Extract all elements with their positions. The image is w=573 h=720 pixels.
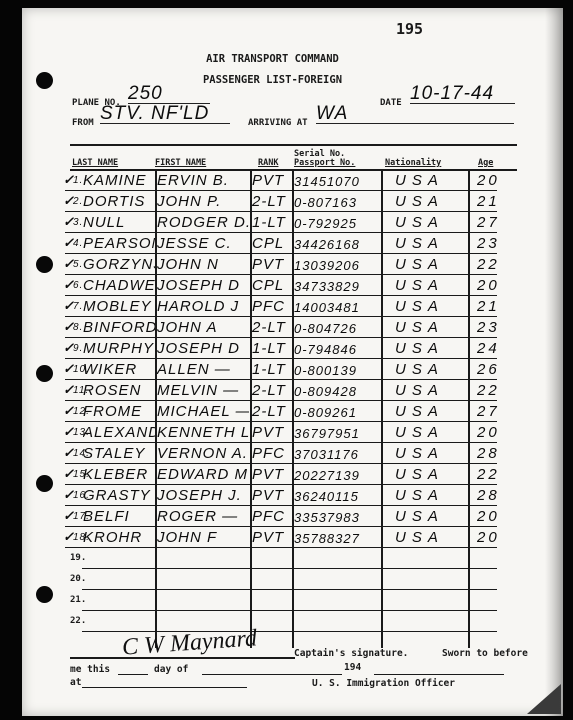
serial-no-cell: 37031176 <box>294 447 382 462</box>
month-line <box>202 674 342 675</box>
rank-cell: PVT <box>252 529 292 546</box>
nationality-cell: USA <box>395 340 465 357</box>
table-row: 21. <box>82 592 497 611</box>
first-name-cell: ALLEN — <box>157 361 249 378</box>
nationality-cell: USA <box>395 466 465 483</box>
row-number: 2. <box>73 196 83 207</box>
age-cell: 20 <box>477 508 507 525</box>
last-name-cell: STALEY <box>83 445 155 462</box>
passport-no-header: Passport No. <box>294 158 355 168</box>
age-cell: 28 <box>477 487 507 504</box>
age-cell: 23 <box>477 319 507 336</box>
last-name-cell: DORTIS <box>83 193 155 210</box>
nationality-cell: USA <box>395 172 465 189</box>
age-cell: 20 <box>477 277 507 294</box>
column-header-rule <box>70 169 517 171</box>
year-line <box>374 674 504 675</box>
table-row: 22. <box>82 613 497 632</box>
rank-cell: PFC <box>252 508 292 525</box>
serial-no-cell: 0-792925 <box>294 216 382 231</box>
table-row: ✓12.FROMEMICHAEL —2-LT0-809261USA27 <box>65 403 497 422</box>
rank-cell: PFC <box>252 445 292 462</box>
last-name-cell: KAMINE <box>83 172 155 189</box>
from-value: STV. NF'LD <box>100 105 230 124</box>
serial-no-cell: 34426168 <box>294 237 382 252</box>
age-cell: 23 <box>477 235 507 252</box>
date-value: 10-17-44 <box>410 85 515 104</box>
table-row: ✓18.KROHRJOHN FPVT35788327USA20 <box>65 529 497 548</box>
age-cell: 22 <box>477 256 507 273</box>
age-header: Age <box>478 158 493 168</box>
table-row: ✓16.GRASTYJOSEPH J.PVT36240115USA28 <box>65 487 497 506</box>
first-name-cell: ERVIN B. <box>157 172 249 189</box>
row-number: 4. <box>73 238 83 249</box>
table-row: ✓15.KLEBEREDWARD MPVT20227139USA22 <box>65 466 497 485</box>
nationality-cell: USA <box>395 256 465 273</box>
first-name-cell: JOHN A <box>157 319 249 336</box>
nationality-cell: USA <box>395 487 465 504</box>
day-of-label: day of <box>154 664 188 675</box>
day-line <box>118 674 148 675</box>
age-cell: 24 <box>477 340 507 357</box>
last-name-cell: KLEBER <box>83 466 155 483</box>
row-number: 22. <box>70 616 86 626</box>
age-cell: 20 <box>477 172 507 189</box>
rank-cell: CPL <box>252 235 292 252</box>
serial-no-cell: 14003481 <box>294 300 382 315</box>
table-row: ✓7.MOBLEYHAROLD JPFC14003481USA21 <box>65 298 497 317</box>
serial-no-cell: 31451070 <box>294 174 382 189</box>
rank-cell: 1-LT <box>252 214 292 231</box>
nationality-cell: USA <box>395 277 465 294</box>
last-name-cell: GORZYNSKI <box>83 256 155 273</box>
nationality-cell: USA <box>395 361 465 378</box>
table-row: ✓6.CHADWELLJOSEPH DCPL34733829USA20 <box>65 277 497 296</box>
last-name-cell: NULL <box>83 214 155 231</box>
nationality-cell: USA <box>395 529 465 546</box>
last-name-cell: BINFORD <box>83 319 155 336</box>
table-row: 20. <box>82 571 497 590</box>
serial-no-cell: 36240115 <box>294 489 382 504</box>
last-name-cell: KROHR <box>83 529 155 546</box>
age-cell: 21 <box>477 193 507 210</box>
rank-cell: 2-LT <box>252 382 292 399</box>
punch-hole <box>36 586 53 603</box>
rank-cell: CPL <box>252 277 292 294</box>
nationality-cell: USA <box>395 424 465 441</box>
rank-header: RANK <box>258 158 278 168</box>
last-name-cell: FROME <box>83 403 155 420</box>
rank-cell: PVT <box>252 256 292 273</box>
passenger-list-page: 195 AIR TRANSPORT COMMAND PASSENGER LIST… <box>22 8 563 716</box>
captain-signature-label: Captain's signature. <box>294 648 408 659</box>
table-row: ✓5.GORZYNSKIJOHN NPVT13039206USA22 <box>65 256 497 275</box>
first-name-cell: HAROLD J <box>157 298 249 315</box>
nationality-cell: USA <box>395 235 465 252</box>
at-line <box>82 687 247 688</box>
table-row: ✓2.DORTISJOHN P.2-LT0-807163USA21 <box>65 193 497 212</box>
first-name-cell: JOHN P. <box>157 193 249 210</box>
first-name-cell: KENNETH L <box>157 424 249 441</box>
age-cell: 26 <box>477 361 507 378</box>
last-name-cell: PEARSON <box>83 235 155 252</box>
nationality-header: Nationality <box>385 158 441 168</box>
nationality-cell: USA <box>395 193 465 210</box>
serial-no-cell: 0-794846 <box>294 342 382 357</box>
last-name-cell: BELFI <box>83 508 155 525</box>
table-row: 19. <box>82 550 497 569</box>
first-name-cell: JESSE C. <box>157 235 249 252</box>
rank-cell: 2-LT <box>252 403 292 420</box>
serial-no-cell: 33537983 <box>294 510 382 525</box>
nationality-cell: USA <box>395 214 465 231</box>
row-number: 19. <box>70 553 86 563</box>
row-number: 9. <box>73 343 83 354</box>
first-name-cell: MELVIN — <box>157 382 249 399</box>
row-number: 3. <box>73 217 83 228</box>
page-number: 195 <box>396 20 423 38</box>
table-row: ✓8.BINFORDJOHN A2-LT0-804726USA23 <box>65 319 497 338</box>
last-name-cell: MURPHY <box>83 340 155 357</box>
punch-hole <box>36 365 53 382</box>
age-cell: 27 <box>477 214 507 231</box>
first-name-cell: JOHN F <box>157 529 249 546</box>
last-name-header: LAST NAME <box>72 158 118 168</box>
table-row: ✓17.BELFIROGER —PFC33537983USA20 <box>65 508 497 527</box>
arriving-at-value: WA <box>316 105 514 124</box>
last-name-cell: GRASTY <box>83 487 155 504</box>
rank-cell: PVT <box>252 487 292 504</box>
header-rule <box>70 144 517 146</box>
nationality-cell: USA <box>395 445 465 462</box>
first-name-cell: JOHN N <box>157 256 249 273</box>
rank-cell: PVT <box>252 466 292 483</box>
arriving-at-label: ARRIVING AT <box>248 118 308 128</box>
first-name-header: FIRST NAME <box>155 158 206 168</box>
first-name-cell: VERNON A. <box>157 445 249 462</box>
last-name-cell: WIKER <box>83 361 155 378</box>
row-number: 1. <box>73 175 83 186</box>
table-row: ✓14.STALEYVERNON A.PFC37031176USA28 <box>65 445 497 464</box>
row-number: 20. <box>70 574 86 584</box>
last-name-cell: CHADWELL <box>83 277 155 294</box>
punch-hole <box>36 256 53 273</box>
table-row: ✓4.PEARSONJESSE C.CPL34426168USA23 <box>65 235 497 254</box>
row-number: 7. <box>73 301 83 312</box>
serial-no-cell: 13039206 <box>294 258 382 273</box>
rank-cell: PVT <box>252 172 292 189</box>
serial-no-cell: 34733829 <box>294 279 382 294</box>
table-row: ✓11.ROSENMELVIN —2-LT0-809428USA22 <box>65 382 497 401</box>
rank-cell: 2-LT <box>252 193 292 210</box>
serial-no-cell: 0-804726 <box>294 321 382 336</box>
plane-no-value: 250 <box>128 85 210 104</box>
row-number: 8. <box>73 322 83 333</box>
table-row: ✓9.MURPHYJOSEPH D1-LT0-794846USA24 <box>65 340 497 359</box>
row-number: 5. <box>73 259 83 270</box>
row-number: 21. <box>70 595 86 605</box>
me-this-label: me this <box>70 664 110 675</box>
serial-no-cell: 0-807163 <box>294 195 382 210</box>
first-name-cell: ROGER — <box>157 508 249 525</box>
table-row: ✓10.WIKERALLEN —1-LT0-800139USA26 <box>65 361 497 380</box>
age-cell: 20 <box>477 424 507 441</box>
nationality-cell: USA <box>395 382 465 399</box>
folded-corner <box>527 684 561 714</box>
nationality-cell: USA <box>395 508 465 525</box>
first-name-cell: RODGER D. <box>157 214 249 231</box>
first-name-cell: EDWARD M <box>157 466 249 483</box>
first-name-cell: JOSEPH D <box>157 340 249 357</box>
row-number: 6. <box>73 280 83 291</box>
first-name-cell: MICHAEL — <box>157 403 249 420</box>
serial-no-cell: 0-809261 <box>294 405 382 420</box>
from-label: FROM <box>72 118 94 128</box>
rank-cell: 1-LT <box>252 340 292 357</box>
nationality-cell: USA <box>395 403 465 420</box>
age-cell: 21 <box>477 298 507 315</box>
year-prefix: 194 <box>344 662 361 673</box>
punch-hole <box>36 475 53 492</box>
serial-no-cell: 0-800139 <box>294 363 382 378</box>
rank-cell: 1-LT <box>252 361 292 378</box>
sworn-label: Sworn to before <box>442 648 528 659</box>
at-label: at <box>70 677 81 688</box>
age-cell: 22 <box>477 382 507 399</box>
immigration-officer-label: U. S. Immigration Officer <box>312 678 455 689</box>
nationality-cell: USA <box>395 319 465 336</box>
last-name-cell: ROSEN <box>83 382 155 399</box>
serial-no-cell: 36797951 <box>294 426 382 441</box>
rank-cell: PFC <box>252 298 292 315</box>
last-name-cell: MOBLEY <box>83 298 155 315</box>
serial-no-cell: 35788327 <box>294 531 382 546</box>
age-cell: 20 <box>477 529 507 546</box>
age-cell: 28 <box>477 445 507 462</box>
last-name-cell: ALEXANDER <box>83 424 155 441</box>
age-cell: 27 <box>477 403 507 420</box>
first-name-cell: JOSEPH J. <box>157 487 249 504</box>
document-title: AIR TRANSPORT COMMAND <box>22 53 563 65</box>
first-name-cell: JOSEPH D <box>157 277 249 294</box>
rank-cell: PVT <box>252 424 292 441</box>
nationality-cell: USA <box>395 298 465 315</box>
serial-no-cell: 20227139 <box>294 468 382 483</box>
table-row: ✓3.NULLRODGER D.1-LT0-792925USA27 <box>65 214 497 233</box>
signature-line <box>70 657 295 659</box>
table-row: ✓1.KAMINEERVIN B.PVT31451070USA20 <box>65 172 497 191</box>
serial-no-cell: 0-809428 <box>294 384 382 399</box>
table-row: ✓13.ALEXANDERKENNETH LPVT36797951USA20 <box>65 424 497 443</box>
age-cell: 22 <box>477 466 507 483</box>
rank-cell: 2-LT <box>252 319 292 336</box>
